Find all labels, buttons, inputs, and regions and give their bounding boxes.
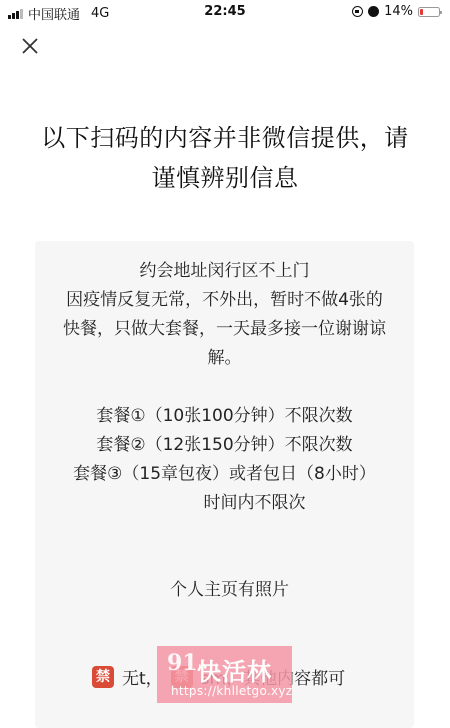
warning-title-line-1: 以下扫码的内容并非微信提供，请 [30, 118, 420, 158]
content-line: 套餐②（12张150分钟）不限次数 [45, 431, 404, 460]
warning-title-line-2: 谨慎辨别信息 [30, 158, 420, 198]
watermark-url: https://khlletgo.xyz [171, 684, 292, 698]
content-line: 套餐①（10张100分钟）不限次数 [45, 402, 404, 431]
status-bar: 中国联通 4G 22:45 14% [0, 0, 450, 24]
content-blank-line [45, 518, 404, 547]
scanned-content-text: 约会地址闵行区不上门 因疫情反复无常，不外出，暂时不做4张的 快餐，只做大套餐，… [35, 257, 414, 605]
content-line: 解。 [45, 344, 404, 373]
orientation-lock-icon [352, 6, 363, 17]
status-bar-right: 14% [352, 4, 440, 19]
content-line: 时间内不限次 [45, 489, 404, 518]
watermark-title: 快活林 [197, 652, 272, 687]
close-button[interactable] [18, 34, 42, 58]
content-blank-line [45, 373, 404, 402]
close-icon [18, 34, 42, 58]
content-line: 个人主页有照片 [45, 576, 404, 605]
content-line: 因疫情反复无常，不外出，暂时不做4张的 [45, 286, 404, 315]
alarm-icon [368, 6, 379, 17]
prohibited-icon: 禁 [92, 666, 114, 688]
content-line: 约会地址闵行区不上门 [45, 257, 404, 286]
content-line: 套餐③（15章包夜）或者包日（8小时） [45, 460, 404, 489]
watermark-overlay: 91 快活林 https://khlletgo.xyz [157, 646, 292, 703]
battery-percent: 14% [384, 4, 413, 19]
warning-title: 以下扫码的内容并非微信提供，请 谨慎辨别信息 [30, 118, 420, 198]
battery-level [420, 9, 423, 15]
content-line: 快餐，只做大套餐，一天最多接一位谢谢谅 [45, 315, 404, 344]
content-blank-line [45, 547, 404, 576]
watermark-logo: 91 [167, 650, 198, 676]
battery-icon [418, 7, 440, 17]
